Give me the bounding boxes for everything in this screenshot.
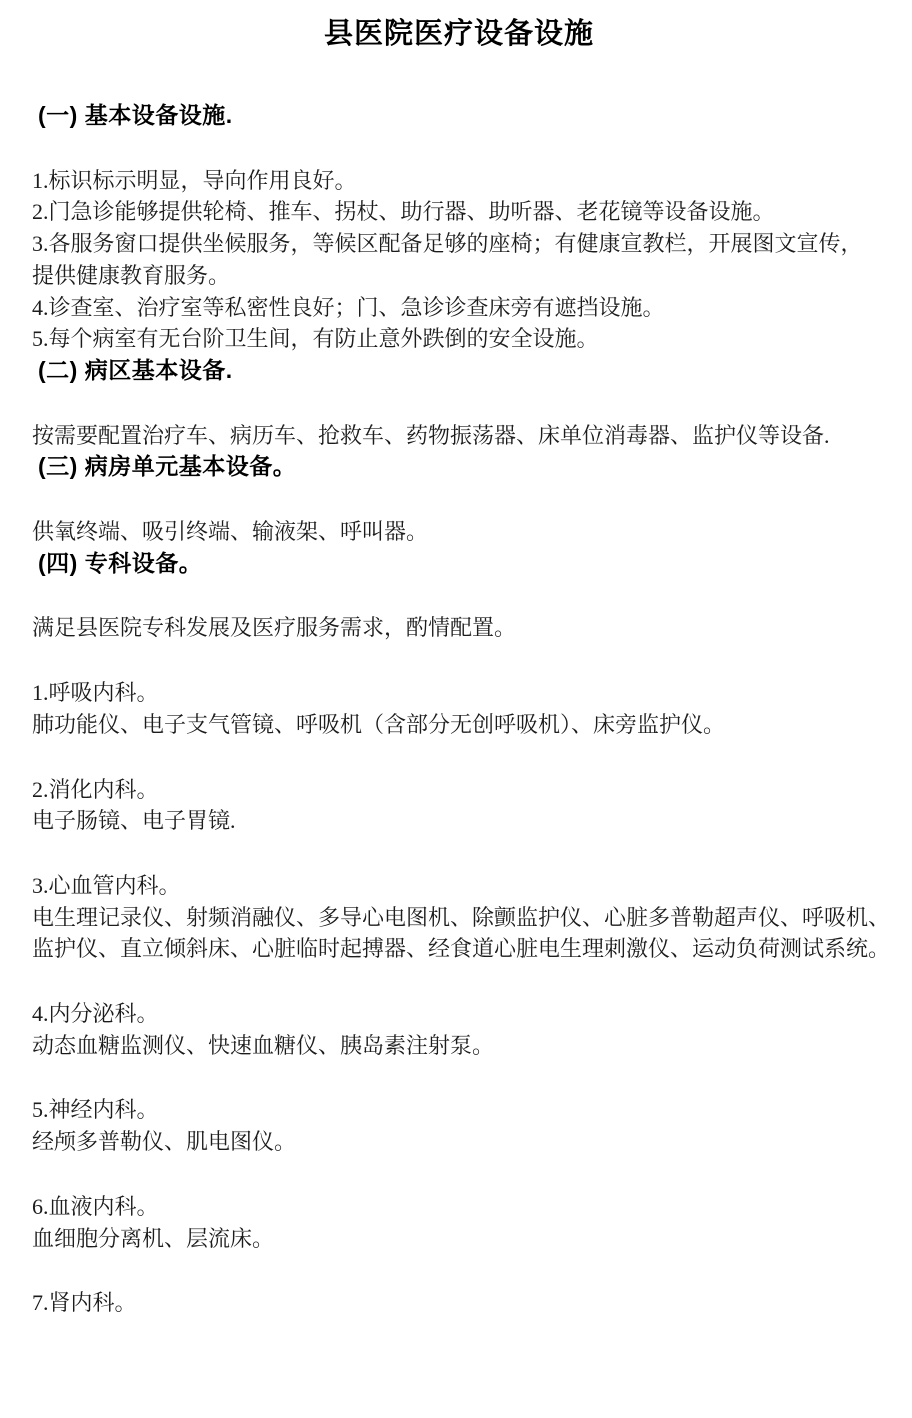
specialty-item-respiratory: 1.呼吸内科。 肺功能仪、电子支气管镜、呼吸机（含部分无创呼吸机）、床旁监护仪。 — [32, 677, 886, 740]
specialty-equipment-line: 血细胞分离机、层流床。 — [32, 1223, 886, 1255]
section-heading: (一) 基本设备设施. — [32, 100, 886, 132]
section-ward-unit-equipment: (三) 病房单元基本设备。 供氧终端、吸引终端、输液架、呼叫器。 — [32, 451, 886, 547]
specialty-equipment-line: 动态血糖监测仪、快速血糖仪、胰岛素注射泵。 — [32, 1030, 886, 1062]
specialty-equipment-line: 监护仪、直立倾斜床、心脏临时起搏器、经食道心脏电生理刺激仪、运动负荷测试系统。 — [32, 933, 886, 965]
paragraph-line: 1.标识标示明显，导向作用良好。 — [32, 165, 886, 197]
paragraph-line: 5.每个病室有无台阶卫生间，有防止意外跌倒的安全设施。 — [32, 323, 886, 355]
specialty-name-line: 1.呼吸内科。 — [32, 677, 886, 709]
paragraph-line: 提供健康教育服务。 — [32, 260, 886, 292]
specialty-item-hematology: 6.血液内科。 血细胞分离机、层流床。 — [32, 1191, 886, 1254]
section-basic-facilities: (一) 基本设备设施. 1.标识标示明显，导向作用良好。 2.门急诊能够提供轮椅… — [32, 100, 886, 355]
specialty-item-cardiology: 3.心血管内科。 电生理记录仪、射频消融仪、多导心电图机、除颤监护仪、心脏多普勒… — [32, 870, 886, 965]
specialty-item-endocrinology: 4.内分泌科。 动态血糖监测仪、快速血糖仪、胰岛素注射泵。 — [32, 998, 886, 1061]
section-paragraph: 供氧终端、吸引终端、输液架、呼叫器。 — [32, 516, 886, 548]
section-ward-equipment: (二) 病区基本设备. 按需要配置治疗车、病历车、抢救车、药物振荡器、床单位消毒… — [32, 355, 886, 451]
paragraph-line: 2.门急诊能够提供轮椅、推车、拐杖、助行器、助听器、老花镜等设备设施。 — [32, 196, 886, 228]
section-heading: (四) 专科设备。 — [32, 548, 886, 580]
paragraph-line: 4.诊查室、治疗室等私密性良好；门、急诊诊查床旁有遮挡设施。 — [32, 292, 886, 324]
paragraph-line: 满足县医院专科发展及医疗服务需求，酌情配置。 — [32, 612, 886, 644]
section-paragraph: 1.标识标示明显，导向作用良好。 2.门急诊能够提供轮椅、推车、拐杖、助行器、助… — [32, 165, 886, 355]
paragraph-line: 供氧终端、吸引终端、输液架、呼叫器。 — [32, 516, 886, 548]
section-heading: (三) 病房单元基本设备。 — [32, 451, 886, 483]
paragraph-line: 3.各服务窗口提供坐候服务，等候区配备足够的座椅；有健康宣教栏，开展图文宣传， — [32, 228, 886, 260]
document-page: 县医院医疗设备设施 (一) 基本设备设施. 1.标识标示明显，导向作用良好。 2… — [0, 0, 912, 1418]
section-heading: (二) 病区基本设备. — [32, 355, 886, 387]
specialty-name-line: 6.血液内科。 — [32, 1191, 886, 1223]
specialty-name-line: 5.神经内科。 — [32, 1094, 886, 1126]
section-paragraph: 按需要配置治疗车、病历车、抢救车、药物振荡器、床单位消毒器、监护仪等设备. — [32, 420, 886, 452]
specialty-name-line: 3.心血管内科。 — [32, 870, 886, 902]
specialty-equipment-line: 电子肠镜、电子胃镜. — [32, 805, 886, 837]
paragraph-line: 按需要配置治疗车、病历车、抢救车、药物振荡器、床单位消毒器、监护仪等设备. — [32, 420, 886, 452]
specialty-equipment-line: 肺功能仪、电子支气管镜、呼吸机（含部分无创呼吸机）、床旁监护仪。 — [32, 709, 886, 741]
specialty-name-line: 4.内分泌科。 — [32, 998, 886, 1030]
specialty-equipment-line: 经颅多普勒仪、肌电图仪。 — [32, 1126, 886, 1158]
document-title: 县医院医疗设备设施 — [32, 14, 886, 54]
specialty-name-line: 2.消化内科。 — [32, 774, 886, 806]
specialty-item-nephrology: 7.肾内科。 — [32, 1287, 886, 1319]
specialty-name-line: 7.肾内科。 — [32, 1287, 886, 1319]
specialty-item-neurology: 5.神经内科。 经颅多普勒仪、肌电图仪。 — [32, 1094, 886, 1157]
section-specialty-equipment: (四) 专科设备。 满足县医院专科发展及医疗服务需求，酌情配置。 1.呼吸内科。… — [32, 548, 886, 1319]
section-paragraph: 满足县医院专科发展及医疗服务需求，酌情配置。 — [32, 612, 886, 644]
specialty-item-gastroenterology: 2.消化内科。 电子肠镜、电子胃镜. — [32, 774, 886, 837]
specialty-equipment-line: 电生理记录仪、射频消融仪、多导心电图机、除颤监护仪、心脏多普勒超声仪、呼吸机、 — [32, 902, 886, 934]
